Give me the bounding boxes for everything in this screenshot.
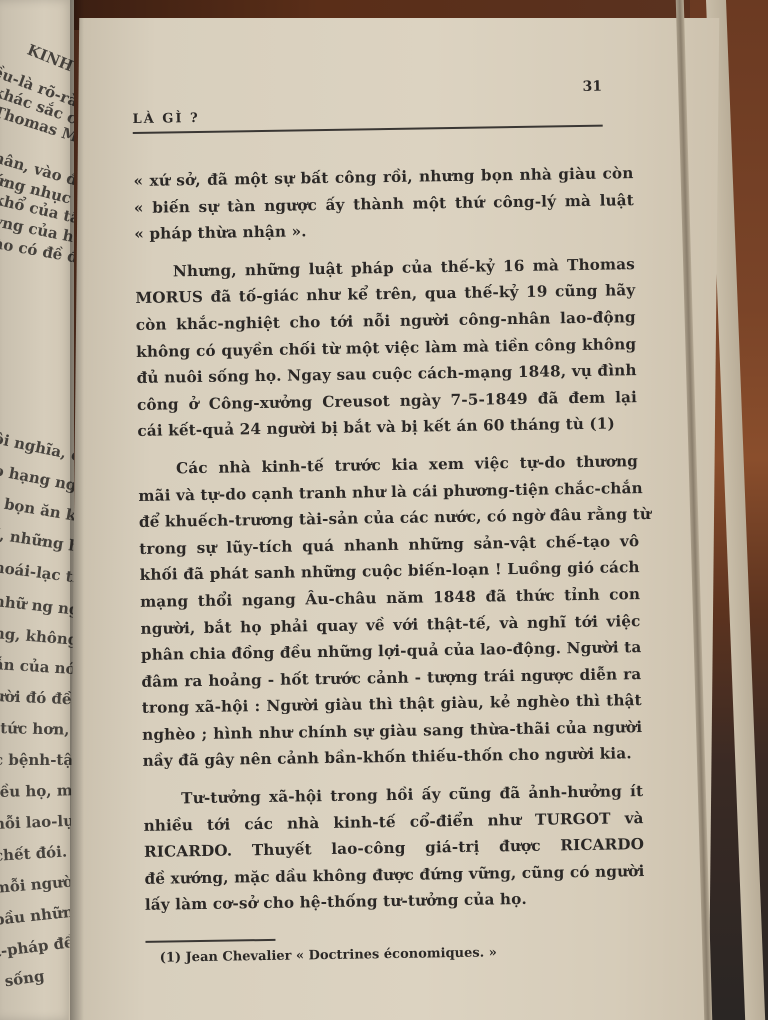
left-page-text-line: bầu những (0, 901, 74, 928)
left-page-text-line: ẫn của nó (0, 655, 74, 678)
left-page-text-line: hỗi lao-lực (0, 811, 74, 833)
left-page-text-line: o hạng người (0, 461, 74, 499)
left-page-text-line: t-pháp đề (0, 933, 74, 961)
page-text-block: LÀ GÌ ? 31 « xứ sở, đã một sự bất công r… (132, 76, 646, 965)
body-text: « xứ sở, đã một sự bất công rồi, nhưng b… (133, 160, 645, 919)
left-running-head: KINH (25, 41, 74, 76)
running-head: LÀ GÌ ? 31 (132, 76, 633, 124)
left-page-text-line: c bệnh-tật, đ (0, 751, 74, 769)
left-page-text-line: ng, không có (0, 624, 74, 651)
left-page-text-line: i sống (0, 967, 46, 992)
left-page-text-line: ĩ, những hạng (0, 525, 74, 560)
left-page-text-line: -tức hơn, nhiều (0, 719, 74, 740)
paragraph: « xứ sở, đã một sự bất công rồi, nhưng b… (133, 160, 634, 248)
book-gutter-shadow (70, 0, 84, 1020)
left-page-text-line: nhữ ng người (0, 592, 74, 622)
left-page-text-line: , bọn ăn không (0, 493, 74, 532)
running-head-title: LÀ GÌ ? (132, 111, 199, 127)
left-page-fragment: KINHều-là rõ-ràngkhác sắc cắThomas MOhân… (0, 0, 74, 1020)
paragraph: Tư-tưởng xã-hội trong hồi ấy cũng đã ảnh… (143, 778, 645, 919)
footnote-rule (145, 939, 275, 943)
left-page-text-line: ội nghĩa, cả (0, 429, 74, 467)
left-page-text-line: chết đói. (0, 842, 68, 865)
header-rule (133, 125, 603, 134)
left-page-text-line: iều họ, một (0, 781, 74, 801)
left-page-text-line: noái-lạc tinh (0, 558, 74, 589)
page-number: 31 (582, 79, 602, 95)
left-page-text-line: mỗi người (0, 872, 74, 897)
paragraph: Các nhà kinh-tế trước kia xem việc tự-do… (138, 448, 643, 775)
left-page-text-line: ười đó đề (0, 687, 72, 708)
paragraph: Nhưng, những luật pháp của thế-kỷ 16 mà … (135, 251, 638, 445)
